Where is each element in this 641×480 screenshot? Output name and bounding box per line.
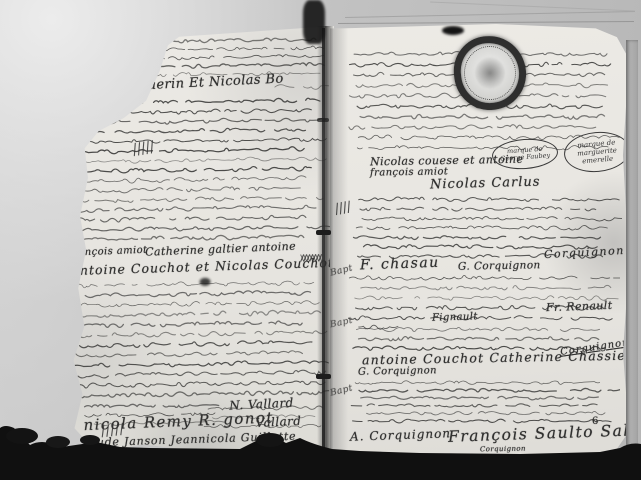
bottom-shadow-edge — [0, 0, 641, 480]
manuscript-scan: Barbe guerin Et Nicolas Bo françois amio… — [0, 0, 641, 480]
